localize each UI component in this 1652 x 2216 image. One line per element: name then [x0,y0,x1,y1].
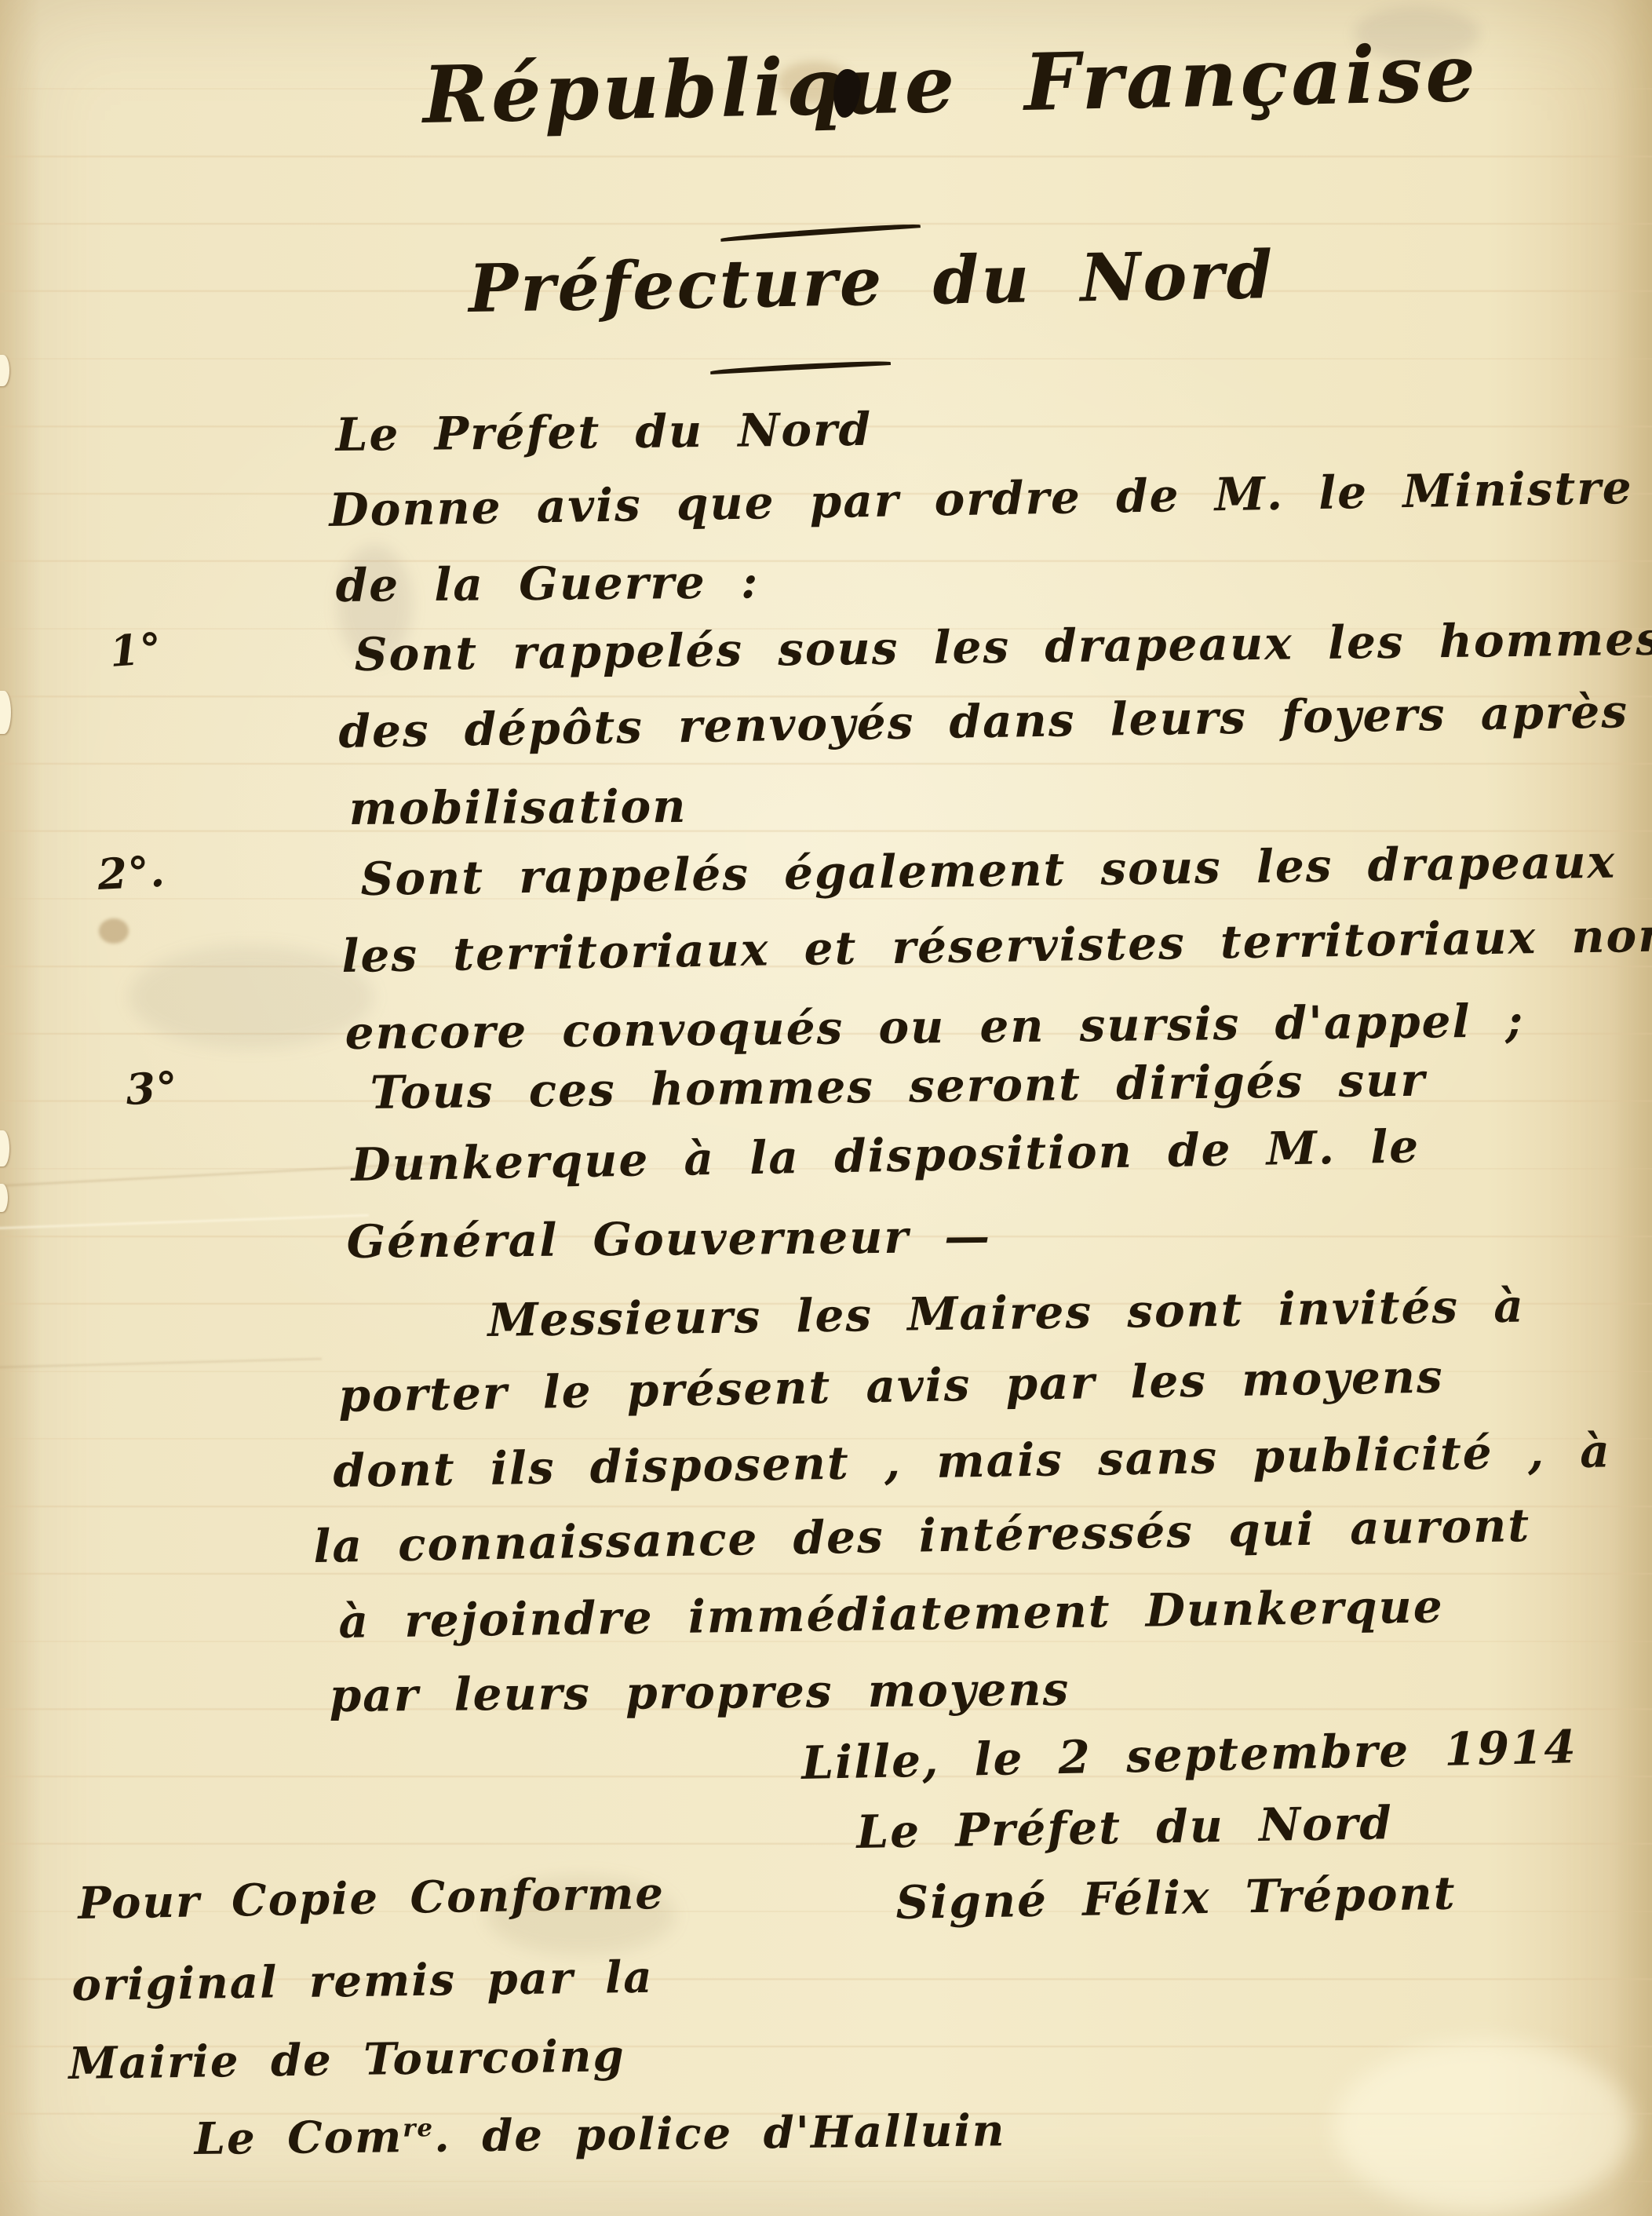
scanned-document-page: République Française Préfecture du Nord … [0,0,1652,2216]
list-item-line: des dépôts renvoyés dans leurs foyers ap… [338,683,1652,758]
stain [1334,2041,1632,2214]
list-item-line: mobilisation [349,779,687,835]
signature-role: Le Préfet du Nord [856,1796,1394,1859]
certifier-line: Le Comre. de police d'Halluin [194,2105,1005,2165]
list-item-line: Sont rappelés également sous les drapeau… [360,835,1616,906]
subtitle-underline [710,360,891,374]
list-item-line: Dunkerque à la disposition de M. le [351,1119,1420,1192]
paragraph-line: porter le présent avis par les moyens [338,1349,1444,1422]
list-item-marker: 1° [108,623,164,677]
list-item-marker: 2°. [97,846,167,900]
opening-line: de la Guerre : [335,555,759,612]
certifier-superscript: re [403,2114,434,2142]
paragraph-line: Messieurs les Maires sont invités à [487,1280,1525,1347]
list-item-line: Tous ces hommes seront dirigés sur [370,1053,1426,1119]
paragraph-line: à rejoindre immédiatement Dunkerque [338,1579,1444,1648]
certification-line: Pour Copie Conforme [78,1867,666,1929]
certification-line: Mairie de Tourcoing [68,2030,625,2090]
crease [0,1358,322,1369]
torn-edge-notch [0,1130,9,1166]
certifier-suffix: . de police d'Halluin [434,2105,1006,2163]
list-item-line: les territoriaux et réservistes territor… [341,908,1652,983]
list-item-line: Général Gouverneur — [346,1210,991,1269]
list-item-line: Sont rappelés sous les drapeaux les homm… [354,612,1652,681]
opening-line: Le Préfet du Nord [335,403,872,462]
paragraph-line: la connaissance des intéressés qui auron… [313,1499,1531,1573]
paragraph-line: dont ils disposent , mais sans publicité… [333,1424,1611,1498]
certification-line: original remis par la [71,1951,654,2011]
paragraph-line: par leurs propres moyens [329,1663,1070,1722]
torn-edge-notch [0,1184,8,1212]
list-item-marker: 3° [125,1062,180,1115]
stain [129,946,373,1048]
title-underline [720,222,921,242]
opening-line: Donne avis que par ordre de M. le Minist… [329,461,1633,537]
signature-name: Signé Félix Trépont [895,1867,1457,1929]
stain [99,918,129,944]
document-subtitle: Préfecture du Nord [468,235,1275,327]
document-title: République Française [422,27,1480,141]
certifier-prefix: Le Com [194,2111,403,2165]
torn-edge-notch [0,691,11,734]
torn-edge-notch [0,355,9,386]
dateline: Lille, le 2 septembre 1914 [801,1720,1578,1790]
crease [0,1214,369,1230]
list-item-line: encore convoqués ou en sursis d'appel ; [345,994,1524,1060]
